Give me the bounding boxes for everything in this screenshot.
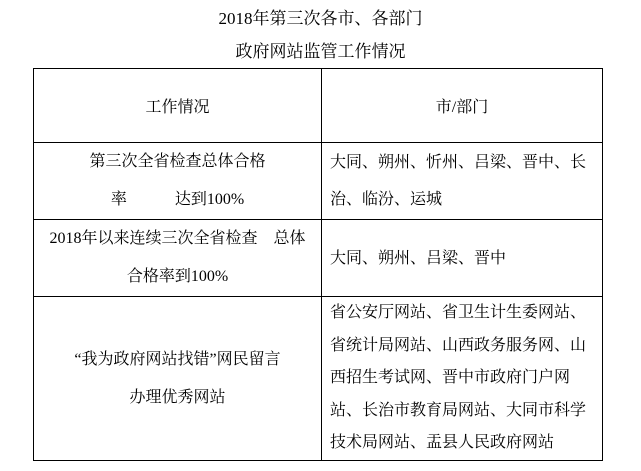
work-status-line: “我为政府网站找错”网民留言 bbox=[34, 341, 321, 379]
city-department-line: 省公安厅网站、省卫生计生委网站、 bbox=[330, 297, 596, 330]
work-status-line: 合格率到100% bbox=[34, 258, 321, 296]
table-row-three-consecutive-pass: 2018年以来连续三次全省检查 总体 合格率到100% 大同、朔州、吕梁、晋中 bbox=[34, 220, 603, 297]
city-department-line: 大同、朔州、忻州、吕梁、晋中、长 bbox=[330, 144, 596, 181]
supervision-table: 工作情况 市/部门 第三次全省检查总体合格 率 达到100% 大同、朔州、忻州、… bbox=[33, 68, 603, 461]
document-page: 2018年第三次各市、各部门 政府网站监管工作情况 工作情况 市/部门 第三次全… bbox=[0, 0, 641, 471]
city-department-line: 技术局网站、盂县人民政府网站 bbox=[330, 427, 596, 460]
column-header-work-status: 工作情况 bbox=[34, 69, 322, 143]
work-status-line: 第三次全省检查总体合格 bbox=[34, 143, 321, 181]
table-header-row: 工作情况 市/部门 bbox=[34, 69, 603, 143]
column-header-city-department: 市/部门 bbox=[322, 69, 603, 143]
work-status-cell: 2018年以来连续三次全省检查 总体 合格率到100% bbox=[34, 220, 322, 297]
city-department-line: 省统计局网站、山西政务服务网、山 bbox=[330, 330, 596, 363]
work-status-line: 率 达到100% bbox=[34, 181, 321, 219]
document-title: 2018年第三次各市、各部门 政府网站监管工作情况 bbox=[0, 2, 641, 68]
work-status-cell: “我为政府网站找错”网民留言 办理优秀网站 bbox=[34, 297, 322, 461]
table-row-error-reporting-excellent-sites: “我为政府网站找错”网民留言 办理优秀网站 省公安厅网站、省卫生计生委网站、 省… bbox=[34, 297, 603, 461]
city-department-line: 大同、朔州、吕梁、晋中 bbox=[330, 240, 596, 277]
city-department-cell: 大同、朔州、忻州、吕梁、晋中、长 治、临汾、运城 bbox=[322, 143, 603, 220]
title-line-1: 2018年第三次各市、各部门 bbox=[0, 2, 641, 35]
city-department-line: 站、长治市教育局网站、大同市科学 bbox=[330, 395, 596, 428]
work-status-line: 2018年以来连续三次全省检查 总体 bbox=[34, 220, 321, 258]
city-department-cell: 大同、朔州、吕梁、晋中 bbox=[322, 220, 603, 297]
table-row-third-check-pass: 第三次全省检查总体合格 率 达到100% 大同、朔州、忻州、吕梁、晋中、长 治、… bbox=[34, 143, 603, 220]
city-department-line: 西招生考试网、晋中市政府门户网 bbox=[330, 362, 596, 395]
city-department-cell: 省公安厅网站、省卫生计生委网站、 省统计局网站、山西政务服务网、山 西招生考试网… bbox=[322, 297, 603, 461]
work-status-line: 办理优秀网站 bbox=[34, 379, 321, 417]
work-status-cell: 第三次全省检查总体合格 率 达到100% bbox=[34, 143, 322, 220]
city-department-line: 治、临汾、运城 bbox=[330, 181, 596, 218]
title-line-2: 政府网站监管工作情况 bbox=[0, 35, 641, 68]
